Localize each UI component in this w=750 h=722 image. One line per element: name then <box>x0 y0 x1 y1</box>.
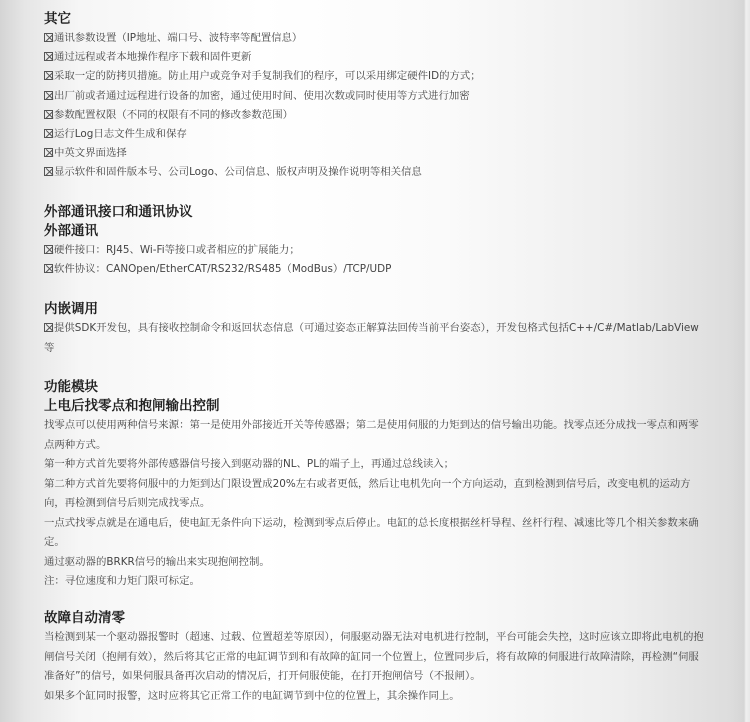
section-modules: 功能模块 上电后找零点和抱闸输出控制 找零点可以使用两种信号来源：第一是使用外部… <box>44 378 734 592</box>
section-title: 功能模块 <box>44 378 734 396</box>
checklist-item: 显示软件和固件版本号、公司Logo、公司信息、版权声明及操作说明等相关信息 <box>44 163 734 182</box>
section-communication: 外部通讯接口和通讯协议 外部通讯 硬件接口：RJ45、Wi-Fi等接口或者相应的… <box>44 203 734 279</box>
checkbox-x-icon <box>44 167 53 176</box>
checklist-item: 软件协议：CANOpen/EtherCAT/RS232/RS485（ModBus… <box>44 260 734 279</box>
checkbox-x-icon <box>44 91 53 100</box>
section-fault-reset: 故障自动清零 当检测到某一个驱动器报警时（超速、过载、位置超差等原因），伺服驱动… <box>44 609 734 706</box>
checkbox-x-icon <box>44 323 53 332</box>
paragraph: 注：寻位速度和力矩门限可标定。 <box>44 572 704 592</box>
section-subtitle: 上电后找零点和抱闸输出控制 <box>44 397 734 415</box>
checklist-item: 提供SDK开发包，具有接收控制命令和返回状态信息（可通过姿态正解算法回传当前平台… <box>44 319 699 358</box>
checklist-item: 中英文界面选择 <box>44 144 734 163</box>
checklist-item: 运行Log日志文件生成和保存 <box>44 125 734 144</box>
checklist-item: 通过远程或者本地操作程序下载和固件更新 <box>44 48 734 67</box>
checkbox-x-icon <box>44 148 53 157</box>
section-embedded: 内嵌调用 提供SDK开发包，具有接收控制命令和返回状态信息（可通过姿态正解算法回… <box>44 300 734 358</box>
checklist-item: 参数配置权限（不同的权限有不同的修改参数范围） <box>44 106 734 125</box>
section-title: 外部通讯接口和通讯协议 <box>44 203 734 221</box>
checkbox-x-icon <box>44 264 53 273</box>
checkbox-x-icon <box>44 129 53 138</box>
section-subtitle: 外部通讯 <box>44 222 734 240</box>
checklist-item: 硬件接口：RJ45、Wi-Fi等接口或者相应的扩展能力； <box>44 241 734 260</box>
checkbox-x-icon <box>44 33 53 42</box>
section-title: 内嵌调用 <box>44 300 734 318</box>
paragraph: 如果多个缸同时报警，这时应将其它正常工作的电缸调节到中位的位置上，其余操作同上。 <box>44 687 704 707</box>
checklist-item: 出厂前或者通过远程进行设备的加密，通过使用时间、使用次数或同时使用等方式进行加密 <box>44 87 734 106</box>
checkbox-x-icon <box>44 245 53 254</box>
checkbox-x-icon <box>44 71 53 80</box>
checkbox-x-icon <box>44 52 53 61</box>
paragraph: 当检测到某一个驱动器报警时（超速、过载、位置超差等原因），伺服驱动器无法对电机进… <box>44 628 704 687</box>
checklist-item: 通讯参数设置（IP地址、端口号、波特率等配置信息） <box>44 29 734 48</box>
paragraph: 第一种方式首先要将外部传感器信号接入到驱动器的NL、PL的端子上，再通过总线读入… <box>44 455 704 475</box>
paragraph: 通过驱动器的BRKR信号的输出来实现抱闸控制。 <box>44 553 704 573</box>
checkbox-x-icon <box>44 110 53 119</box>
paragraph: 第二种方式首先要将伺服中的力矩到达门限设置成20%左右或者更低，然后让电机先向一… <box>44 475 704 514</box>
paragraph: 一点式找零点就是在通电后，使电缸无条件向下运动，检测到零点后停止。电缸的总长度根… <box>44 514 704 553</box>
section-other: 其它 通讯参数设置（IP地址、端口号、波特率等配置信息） 通过远程或者本地操作程… <box>44 10 734 183</box>
paragraph: 找零点可以使用两种信号来源：第一是使用外部接近开关等传感器；第二是使用伺服的力矩… <box>44 416 704 455</box>
section-title: 其它 <box>44 10 734 28</box>
checklist-item: 采取一定的防拷贝措施。防止用户或竞争对手复制我们的程序，可以采用绑定硬件ID的方… <box>44 67 734 86</box>
section-title: 故障自动清零 <box>44 609 734 627</box>
